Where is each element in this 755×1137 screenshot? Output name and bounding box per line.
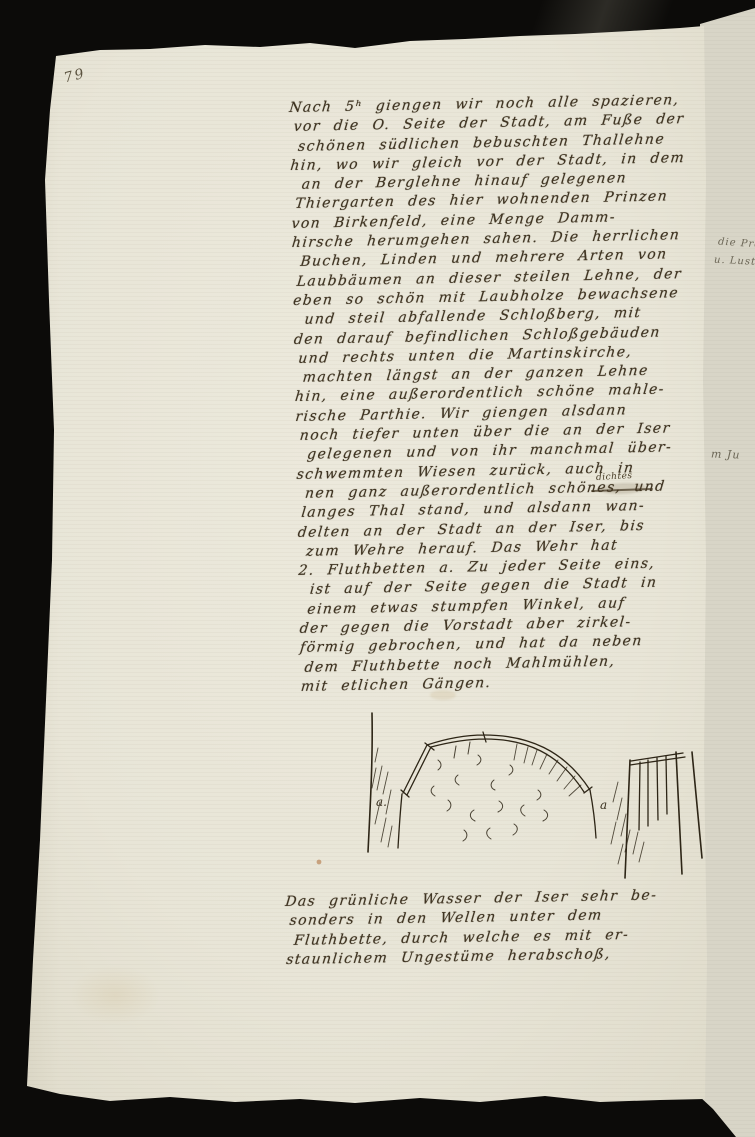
manuscript-line: rische Parthie. Wir giengen alsdann (294, 399, 720, 427)
foxing-dot (317, 860, 322, 865)
manuscript-line: an der Berglehne hinauf gelegenen (301, 168, 716, 196)
manuscript-line: mit etlichen Gängen. (300, 669, 726, 697)
manuscript-line: Fluthbette, durch welche es mit er- (293, 924, 711, 951)
manuscript-line: Thiergarten des hier wohnenden Prinzen (294, 187, 716, 215)
manuscript-page: 79 Nach 5ʰ giengen wir noch alle spazier… (0, 0, 755, 1137)
manuscript-line: von Birkenfeld, eine Menge Damm- (291, 206, 717, 234)
sketch-water-squiggles (431, 742, 548, 841)
manuscript-line: delten an der Stadt an der Iser, bis (297, 515, 723, 543)
manuscript-line: und steil abfallende Schloßberg, mit (303, 303, 718, 331)
manuscript-line: machten längst an der ganzen Lehne (302, 361, 720, 389)
manuscript-line: schwemmten Wiesen zurück, auch in (296, 457, 722, 485)
folio-number: 79 (62, 66, 87, 87)
manuscript-line: eben so schön mit Laubholze bewachsene (292, 283, 718, 311)
manuscript-line: hin, wo wir gleich vor der Stadt, in dem (289, 148, 715, 176)
manuscript-line: und rechts unten die Martinskirche, (297, 341, 719, 369)
manuscript-line: den darauf befindlichen Schloßgebäuden (293, 322, 719, 350)
weir-sketch: a. a (288, 702, 710, 894)
sketch-weir-crest-arc (484, 735, 592, 793)
sketch-label-a-right: a (600, 798, 607, 812)
manuscript-line: Buchen, Linden und mehrere Arten von (299, 245, 717, 273)
sketch-right-abutment (590, 790, 596, 838)
manuscript-line: schönen südlichen bebuschten Thallehne (297, 129, 715, 157)
manuscript-line: vor die O. Seite der Stadt, am Fuße der (293, 110, 715, 138)
sketch-hatching-arc (514, 744, 581, 796)
manuscript-line: Nach 5ʰ giengen wir noch alle spazieren, (288, 90, 714, 118)
manuscript-line: förmig gebrochen, und hat da neben (299, 631, 725, 659)
manuscript-line: hirsche herumgehen sahen. Die herrlichen (291, 226, 717, 254)
sketch-left-abutment (398, 794, 402, 848)
sketch-weir-crest-left (401, 743, 434, 797)
manuscript-line: dem Fluthbette noch Mahlmühlen, (303, 650, 725, 678)
manuscript-line: gelegenen und von ihr manchmal über- (306, 438, 721, 466)
manuscript-line: noch tiefer unten über die an der Iser (299, 418, 721, 446)
interlinear-insertion: dichtes (596, 471, 633, 483)
manuscript-line: nen ganz außerordentlich schönes, und (304, 476, 722, 504)
manuscript-line: sonders in den Wellen unter dem (288, 905, 710, 932)
closing-text-block: Das grünliche Wasser der Iser sehr be- s… (285, 886, 710, 971)
manuscript-line: 2. Fluthbetten a. Zu jeder Seite eins, (297, 553, 723, 581)
manuscript-line: der gegen die Vorstadt aber zirkel- (299, 611, 725, 639)
manuscript-line: Laubbäumen an dieser steilen Lehne, der (296, 264, 718, 292)
manuscript-line: langes Thal stand, und alsdann wan- (300, 496, 722, 524)
manuscript-line: ist auf der Seite gegen die Stadt in (309, 573, 724, 601)
main-text-block: Nach 5ʰ giengen wir noch alle spazieren,… (289, 90, 725, 697)
sketch-mill-structure (625, 752, 702, 878)
manuscript-line: einem etwas stumpfen Winkel, auf (306, 592, 724, 620)
manuscript-line: staunlichem Ungestüme herabschoß, (285, 943, 711, 970)
manuscript-scan: die Pro u. Lust ü m Ju 79 Nach 5ʰ gienge… (0, 0, 755, 1137)
manuscript-line: hin, eine außerordentlich schöne mahle- (294, 380, 720, 408)
paper-stain (430, 690, 456, 700)
sketch-weir-crest-top (427, 732, 486, 747)
sketch-left-bank-line (368, 713, 372, 852)
sketch-label-a-left: a. (376, 795, 387, 809)
manuscript-line: zum Wehre herauf. Das Wehr hat (305, 534, 723, 562)
paper-stain (70, 965, 160, 1025)
